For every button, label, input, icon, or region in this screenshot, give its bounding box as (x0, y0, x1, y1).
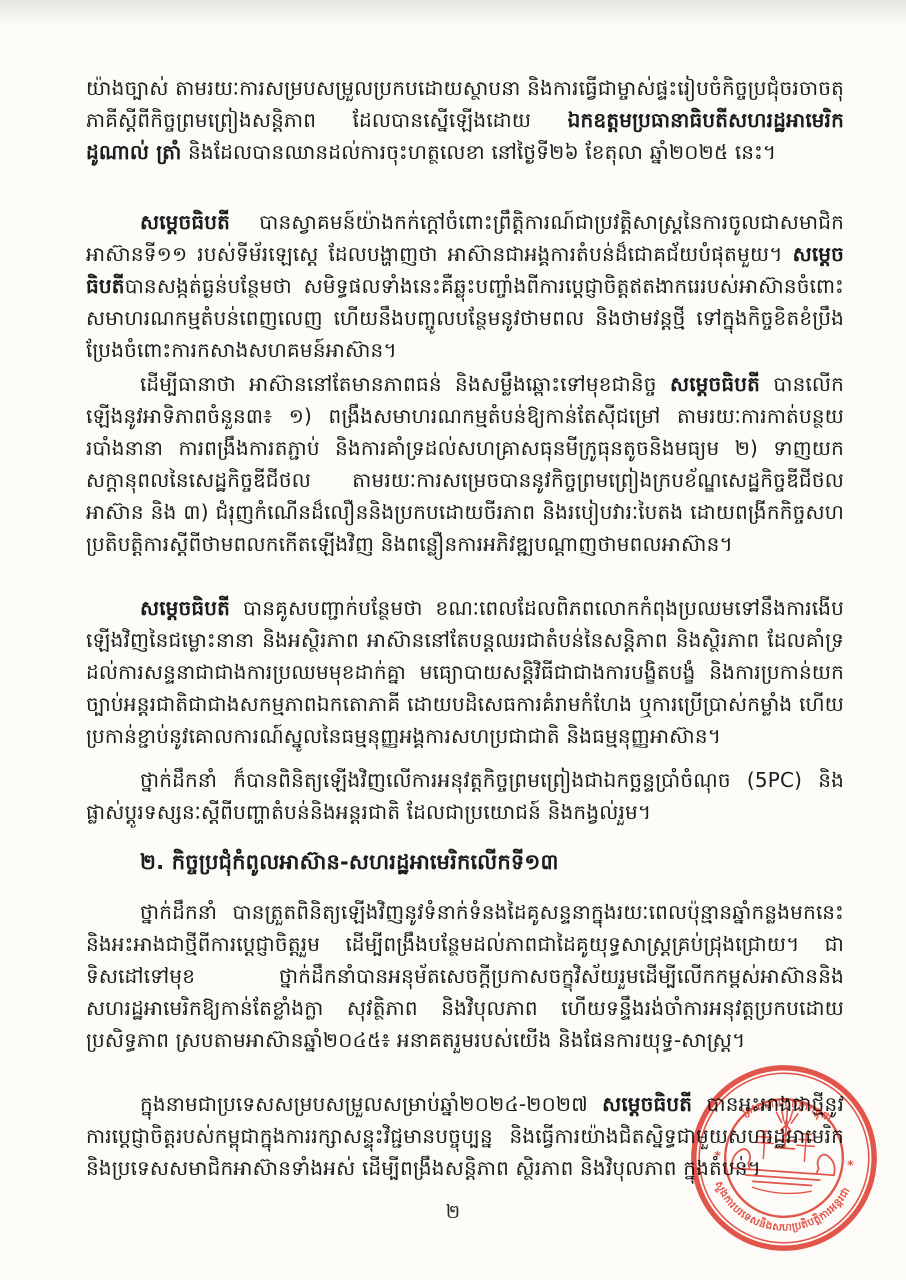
paragraph-block: យ៉ាងច្បាស់ តាមរយៈការសម្របសម្រួលប្រកបដោយស… (86, 72, 844, 204)
stamp-svg: ព្រះរាជាណាចក្រកម្ពុជា ក្រសួងការបរទេសនិងស… (679, 1053, 888, 1262)
page: { "page": { "number_label": "២", "paper_… (0, 0, 906, 1280)
paragraph: យ៉ាងច្បាស់ តាមរយៈការសម្របសម្រួលប្រកបដោយស… (86, 72, 844, 168)
paragraph: ដើម្បីធានាថា អាស៊ាននៅតែមានភាពធន់ និងសម្ល… (86, 368, 844, 560)
paragraph: សម្ដេចធិបតី បានស្វាគមន៍យ៉ាងកក់ក្ដៅចំពោះព… (86, 206, 844, 366)
paragraph-block: សម្ដេចធិបតី បានស្វាគមន៍យ៉ាងកក់ក្ដៅចំពោះព… (86, 206, 844, 370)
paragraph-block: សម្ដេចធិបតី បានគូសបញ្ជាក់បន្ថែមថា ខណៈពេល… (86, 592, 844, 788)
text-run: បានសង្កត់ធ្ងន់បន្ថែមថា សមិទ្ធផលទាំងនេះគឺ… (86, 274, 844, 362)
paragraph: ថ្នាក់ដឹកនាំ ក៏បានពិនិត្យឡើងវិញលើការអនុវ… (86, 764, 844, 828)
paragraph: សម្ដេចធិបតី បានគូសបញ្ជាក់បន្ថែមថា ខណៈពេល… (86, 592, 844, 752)
text-run: និងដែលបានឈានដល់ការចុះហត្ថលេខា នៅថ្ងៃទី២៦… (181, 140, 776, 164)
stamp-separator-right: * (846, 1158, 854, 1173)
scan-shadow (0, 0, 906, 30)
bold-run: សម្ដេចធិបតី (140, 210, 230, 234)
text-run: ក្នុងនាមជាប្រទេសសម្របសម្រួលសម្រាប់ឆ្នាំ២… (140, 1092, 602, 1116)
bold-run: សម្ដេចធិបតី (140, 596, 230, 620)
section-heading: ២. កិច្ចប្រជុំកំពូលអាស៊ាន-សហរដ្ឋអាមេរិកល… (86, 846, 844, 878)
page-number: ២ (0, 1200, 906, 1228)
heading-block: ២. កិច្ចប្រជុំកំពូលអាស៊ាន-សហរដ្ឋអាមេរិកល… (86, 846, 844, 882)
bold-run: សម្ដេចធិបតី (602, 1092, 692, 1116)
paragraph-block: ថ្នាក់ដឹកនាំ ក៏បានពិនិត្យឡើងវិញលើការអនុវ… (86, 764, 844, 832)
text-run: បានលើកឡើងនូវអាទិភាពចំនួន៣៖ ១) ពង្រឹងសមាហ… (86, 372, 844, 556)
text-run: ថ្នាក់ដឹកនាំ បានត្រួតពិនិត្យឡើងវិញនូវទំន… (86, 900, 844, 1052)
text-run: ថ្នាក់ដឹកនាំ ក៏បានពិនិត្យឡើងវិញលើការអនុវ… (86, 768, 844, 824)
official-stamp: ព្រះរាជាណាចក្រកម្ពុជា ក្រសួងការបរទេសនិងស… (679, 1053, 888, 1262)
stamp-separator-left: * (713, 1149, 721, 1164)
text-run: ដើម្បីធានាថា អាស៊ាននៅតែមានភាពធន់ និងសម្ល… (140, 372, 670, 396)
bold-run: សម្ដេចធិបតី (670, 372, 760, 396)
paragraph-block: ដើម្បីធានាថា អាស៊ាននៅតែមានភាពធន់ និងសម្ល… (86, 368, 844, 596)
paragraph: ថ្នាក់ដឹកនាំ បានត្រួតពិនិត្យឡើងវិញនូវទំន… (86, 896, 844, 1056)
